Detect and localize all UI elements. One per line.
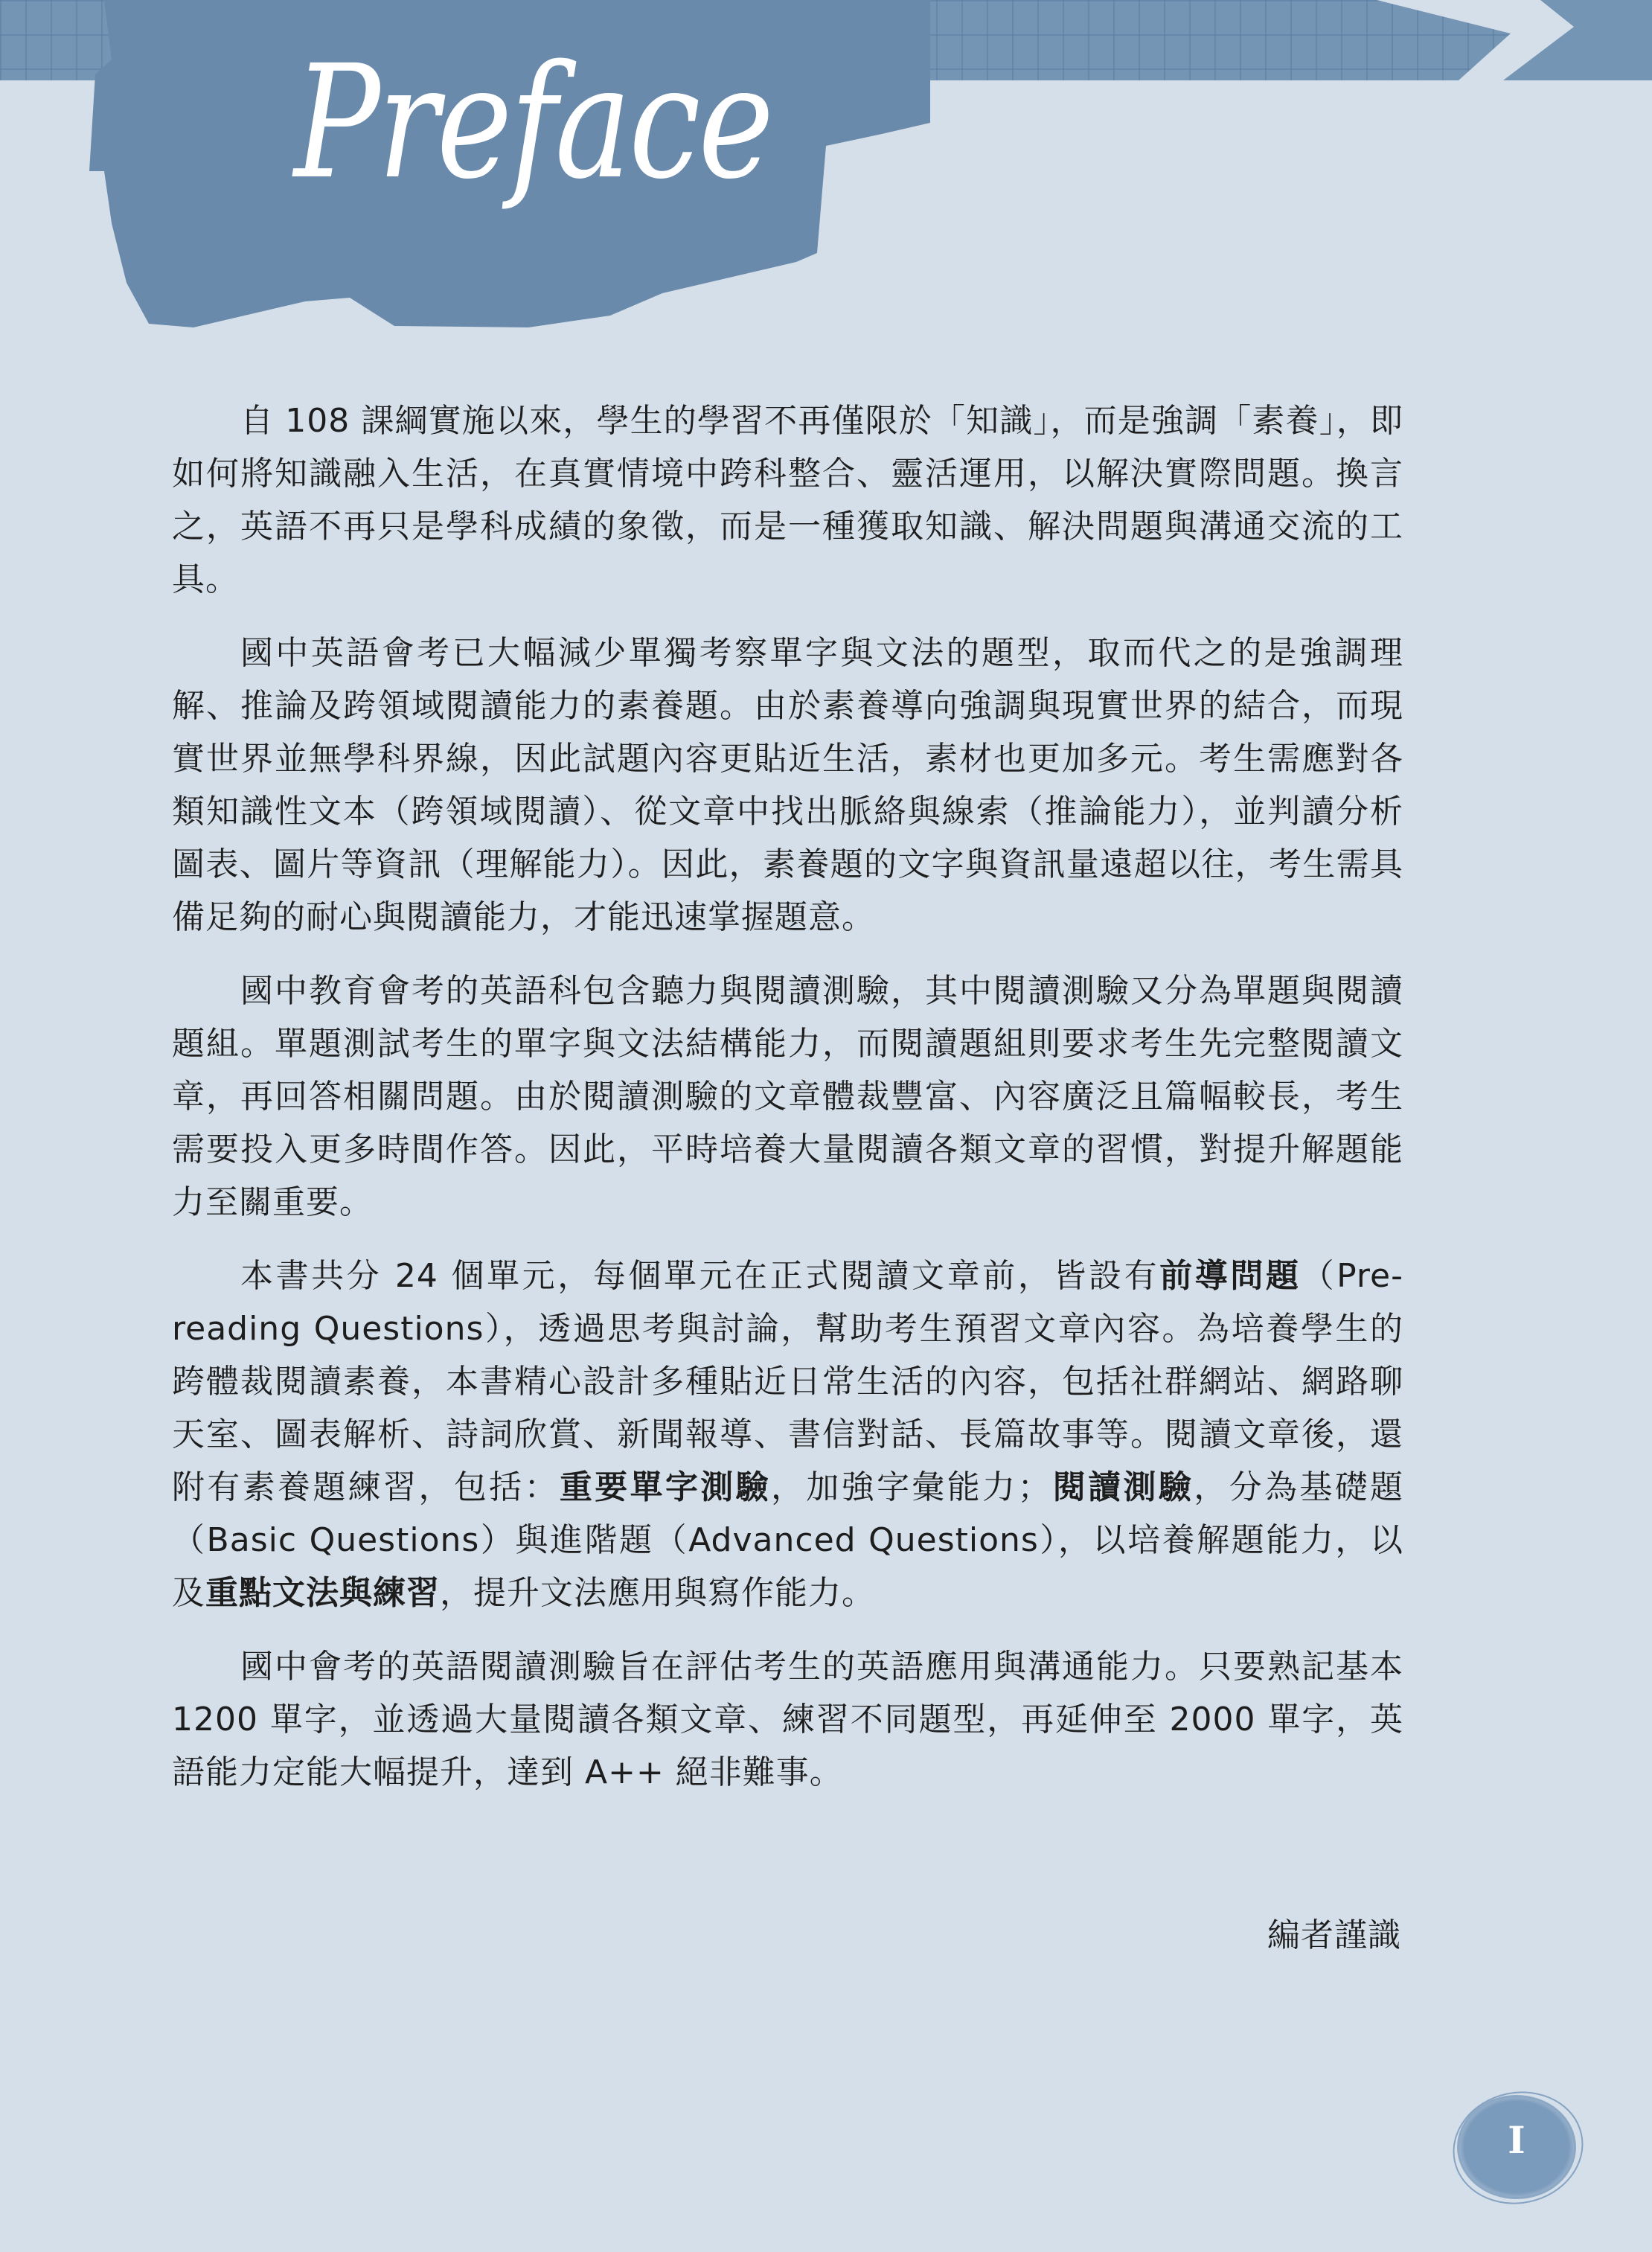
paragraph-5: 國中會考的英語閱讀測驗旨在評估考生的英語應用與溝通能力。只要熟記基本 1200 … bbox=[172, 1640, 1403, 1799]
paragraph-3: 國中教育會考的英語科包含聽力與閱讀測驗，其中閱讀測驗又分為單題與閱讀題組。單題測… bbox=[172, 965, 1403, 1229]
paragraph-text: 自 108 課綱實施以來，學生的學習不再僅限於「知識」，而是強調「素養」，即如何… bbox=[172, 402, 1403, 598]
paragraph-4: 本書共分 24 個單元，每個單元在正式閱讀文章前，皆設有前導問題（Pre-rea… bbox=[172, 1250, 1403, 1619]
preface-body: 自 108 課綱實施以來，學生的學習不再僅限於「知識」，而是強調「素養」，即如何… bbox=[172, 394, 1403, 1820]
paragraph-text: 國中英語會考已大幅減少單獨考察單字與文法的題型，取而代之的是強調理解、推論及跨領… bbox=[172, 634, 1403, 936]
paragraph-text: 本書共分 24 個單元，每個單元在正式閱讀文章前，皆設有 bbox=[240, 1257, 1159, 1295]
paragraph-text: ，提升文法應用與寫作能力。 bbox=[440, 1574, 875, 1612]
bold-term-prereading: 前導問題 bbox=[1159, 1257, 1301, 1295]
paragraph-text: 國中教育會考的英語科包含聽力與閱讀測驗，其中閱讀測驗又分為單題與閱讀題組。單題測… bbox=[172, 972, 1403, 1221]
page-title: Preface bbox=[294, 45, 772, 201]
editor-signature: 編者謹識 bbox=[1267, 1909, 1401, 1962]
paragraph-text: ，加強字彙能力； bbox=[771, 1468, 1051, 1506]
paragraph-1: 自 108 課綱實施以來，學生的學習不再僅限於「知識」，而是強調「素養」，即如何… bbox=[172, 394, 1403, 606]
paragraph-2: 國中英語會考已大幅減少單獨考察單字與文法的題型，取而代之的是強調理解、推論及跨領… bbox=[172, 627, 1403, 944]
page-number-badge: I bbox=[1457, 2095, 1576, 2199]
bold-term-vocab-test: 重要單字測驗 bbox=[560, 1468, 771, 1506]
bold-term-reading-test: 閱讀測驗 bbox=[1051, 1468, 1194, 1506]
paragraph-text: 國中會考的英語閱讀測驗旨在評估考生的英語應用與溝通能力。只要熟記基本 1200 … bbox=[172, 1648, 1403, 1791]
page-number: I bbox=[1457, 2122, 1576, 2159]
bold-term-grammar: 重點文法與練習 bbox=[205, 1574, 440, 1612]
chevron-arrow-icon bbox=[1503, 0, 1652, 82]
